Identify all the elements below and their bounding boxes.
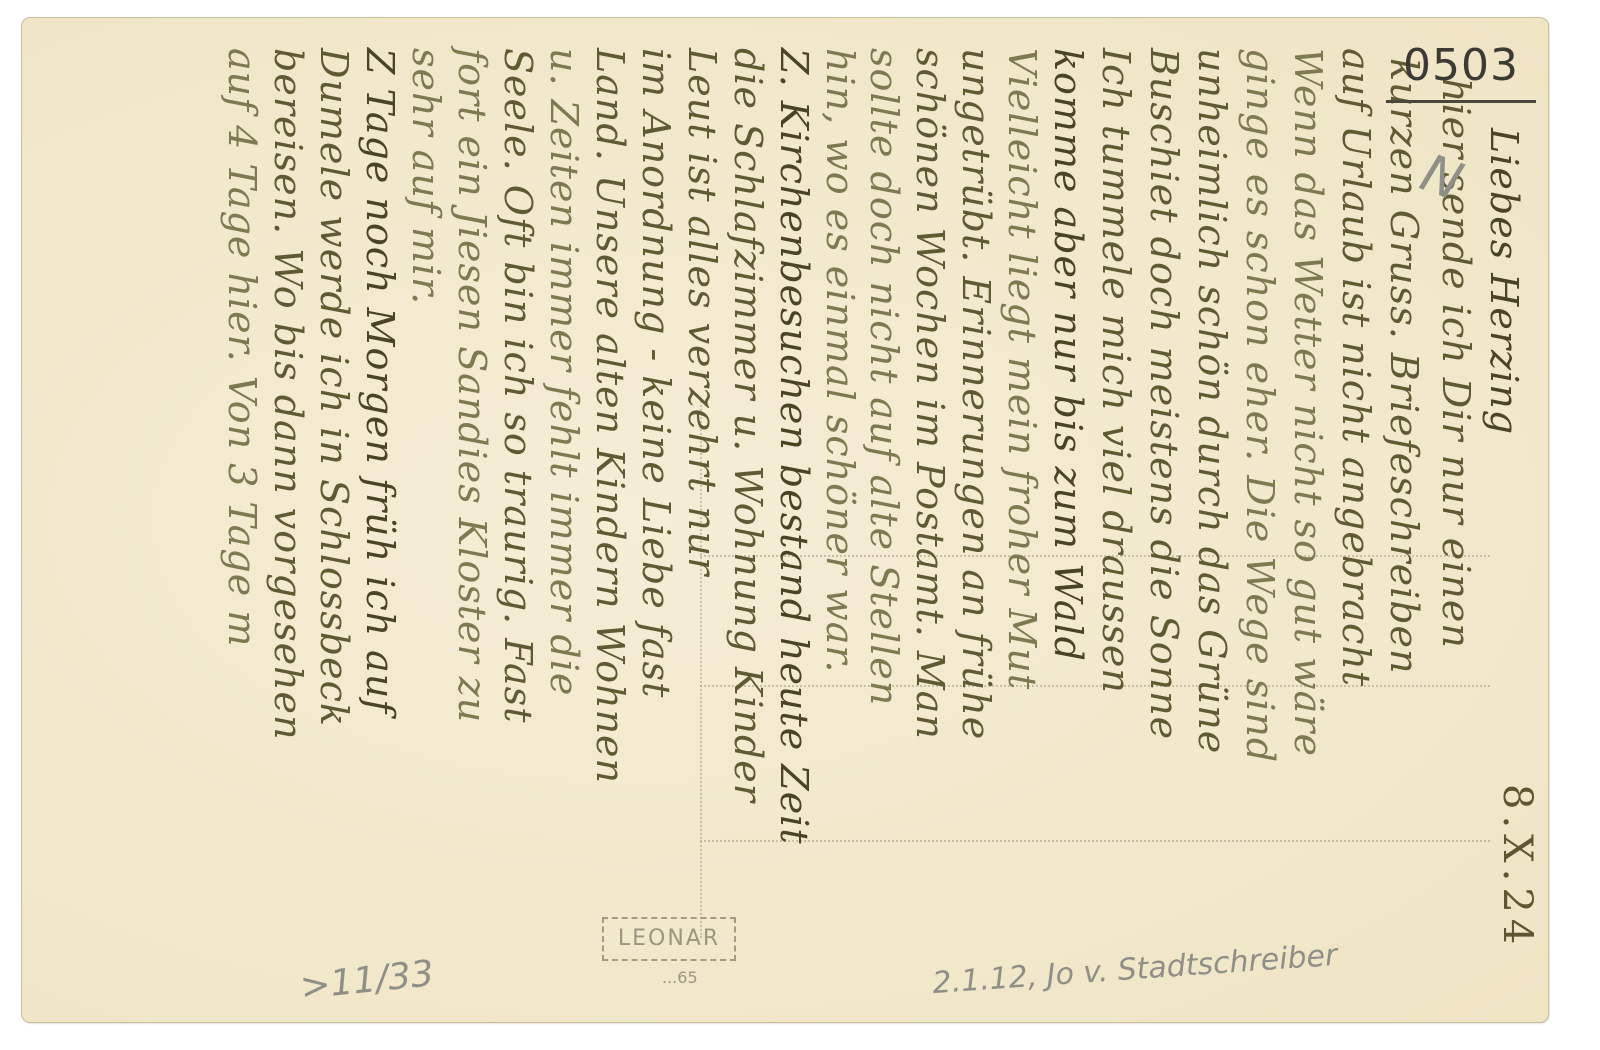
pencil-note-bottom-right: 2.1.12, Jo v. Stadtschreiber	[931, 938, 1338, 1001]
date-text: 8.X.24	[1494, 784, 1540, 950]
publisher-stamp-number: ...65	[662, 968, 698, 987]
catalog-number: 0503	[1386, 38, 1536, 103]
handwriting-line: auf 4 Tage hier. Von 3 Tage m	[212, 48, 272, 647]
publisher-stamp: LEONAR	[602, 917, 736, 961]
postcard: Liebes Herzing hier sende ich Dir nur ei…	[22, 18, 1548, 1022]
date-written: 8.X.24	[1500, 784, 1540, 1004]
pencil-note-bottom-left: >11/33	[298, 953, 435, 1008]
